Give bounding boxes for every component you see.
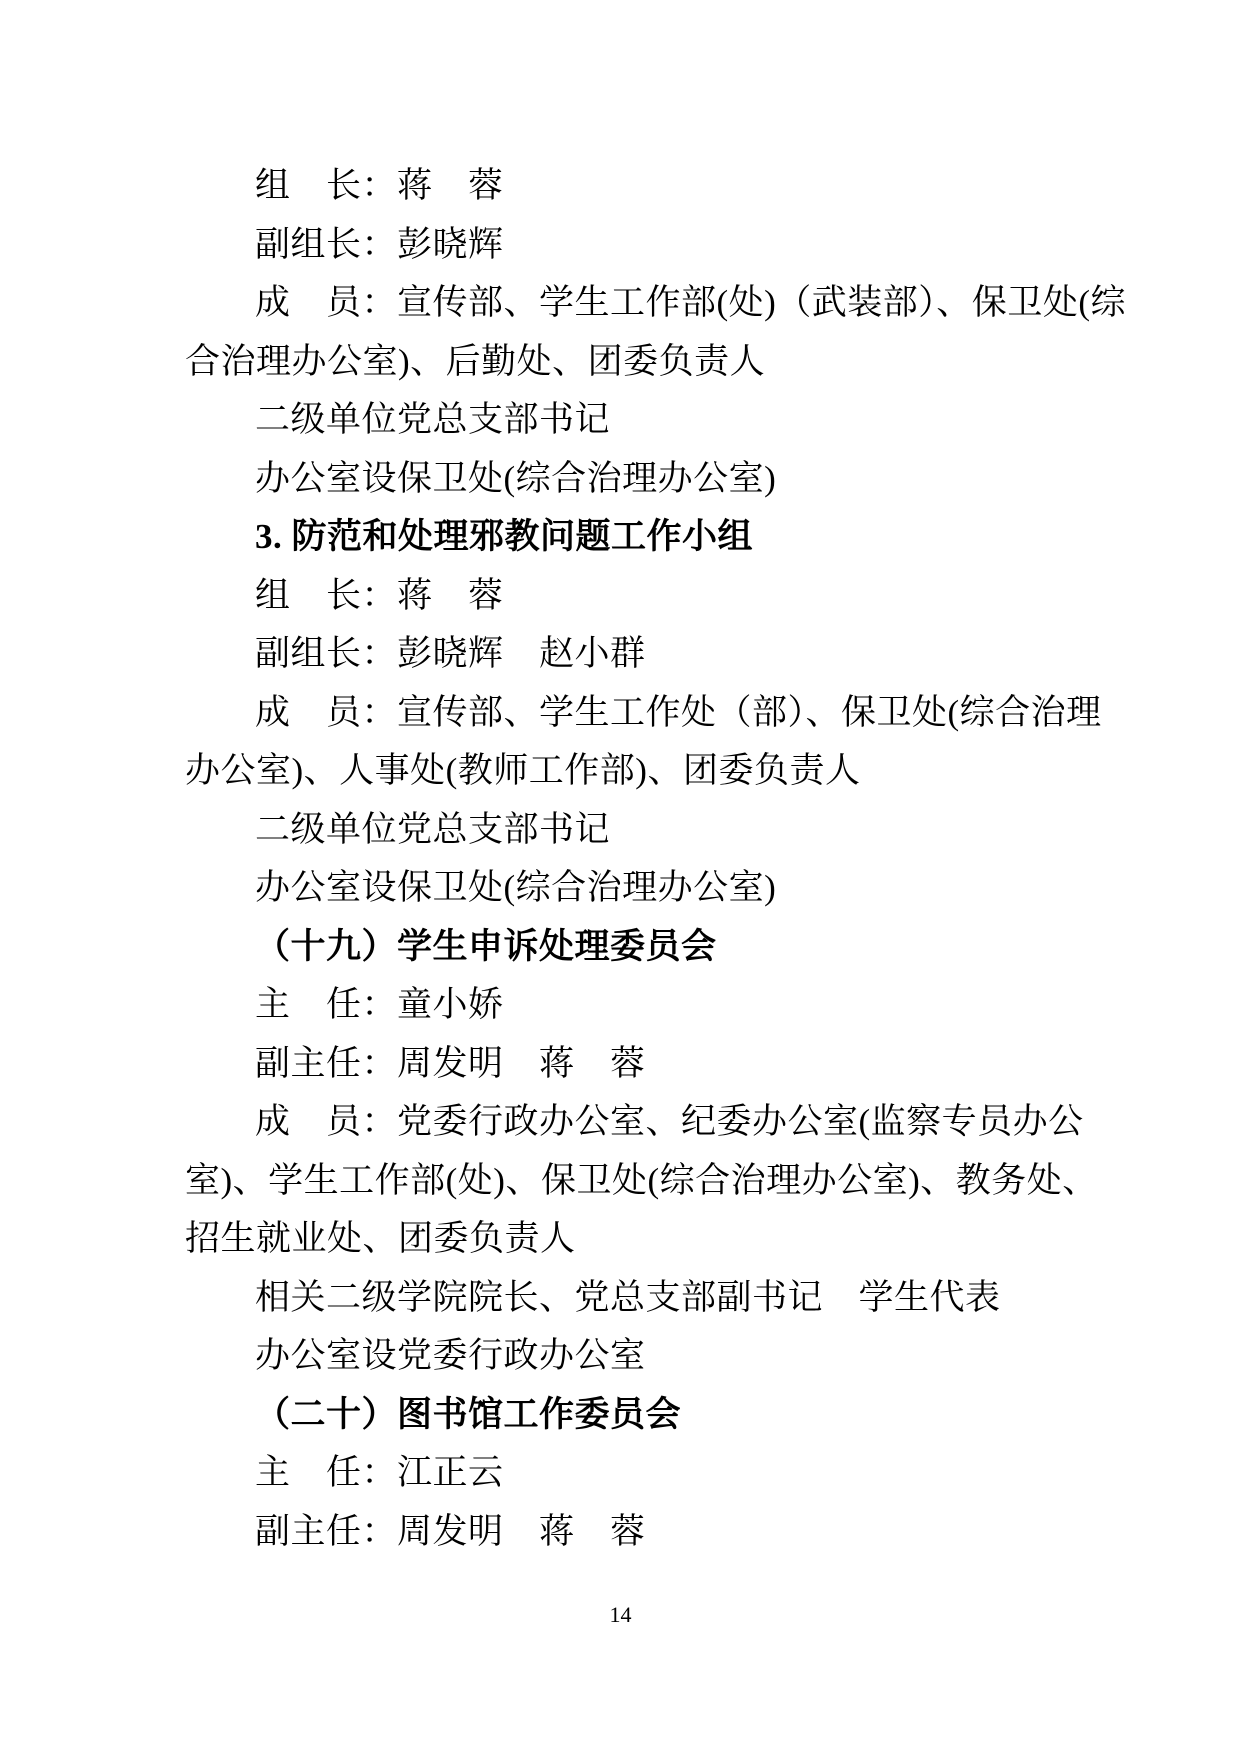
document-page: { "colors": { "background": "#ffffff", "… [0,0,1241,1755]
text-line: 成 员：宣传部、学生工作部(处)（武装部）、保卫处(综 [185,274,1053,333]
text-line: 办公室设党委行政办公室 [185,1327,1053,1386]
text-line: 副组长：彭晓辉 [185,216,1053,275]
text-line: 合治理办公室)、后勤处、团委负责人 [185,333,1053,392]
text-line: 副主任：周发明 蒋 蓉 [185,1503,1053,1562]
section-heading: 3. 防范和处理邪教问题工作小组 [185,508,1053,567]
page-number: 14 [0,1600,1241,1630]
text-line: 二级单位党总支部书记 [185,391,1053,450]
text-line: 副主任：周发明 蒋 蓉 [185,1035,1053,1094]
text-line: 办公室设保卫处(综合治理办公室) [185,859,1053,918]
text-line: 办公室)、人事处(教师工作部)、团委负责人 [185,742,1053,801]
section-heading: （十九）学生申诉处理委员会 [185,918,1053,977]
text-line: 成 员：党委行政办公室、纪委办公室(监察专员办公 [185,1093,1053,1152]
text-line: 组 长：蒋 蓉 [185,157,1053,216]
text-line: 相关二级学院院长、党总支部副书记 学生代表 [185,1269,1053,1328]
section-heading: （二十）图书馆工作委员会 [185,1386,1053,1445]
text-line: 办公室设保卫处(综合治理办公室) [185,450,1053,509]
text-line: 成 员：宣传部、学生工作处（部）、保卫处(综合治理 [185,684,1053,743]
text-line: 主 任：江正云 [185,1444,1053,1503]
text-line: 室)、学生工作部(处)、保卫处(综合治理办公室)、教务处、 [185,1152,1053,1211]
page: 组 长：蒋 蓉 副组长：彭晓辉 成 员：宣传部、学生工作部(处)（武装部）、保卫… [0,0,1241,1755]
text-line: 副组长：彭晓辉 赵小群 [185,625,1053,684]
text-line: 招生就业处、团委负责人 [185,1210,1053,1269]
document-body: 组 长：蒋 蓉 副组长：彭晓辉 成 员：宣传部、学生工作部(处)（武装部）、保卫… [185,157,1053,1561]
text-line: 二级单位党总支部书记 [185,801,1053,860]
text-line: 组 长：蒋 蓉 [185,567,1053,626]
text-line: 主 任：童小娇 [185,976,1053,1035]
